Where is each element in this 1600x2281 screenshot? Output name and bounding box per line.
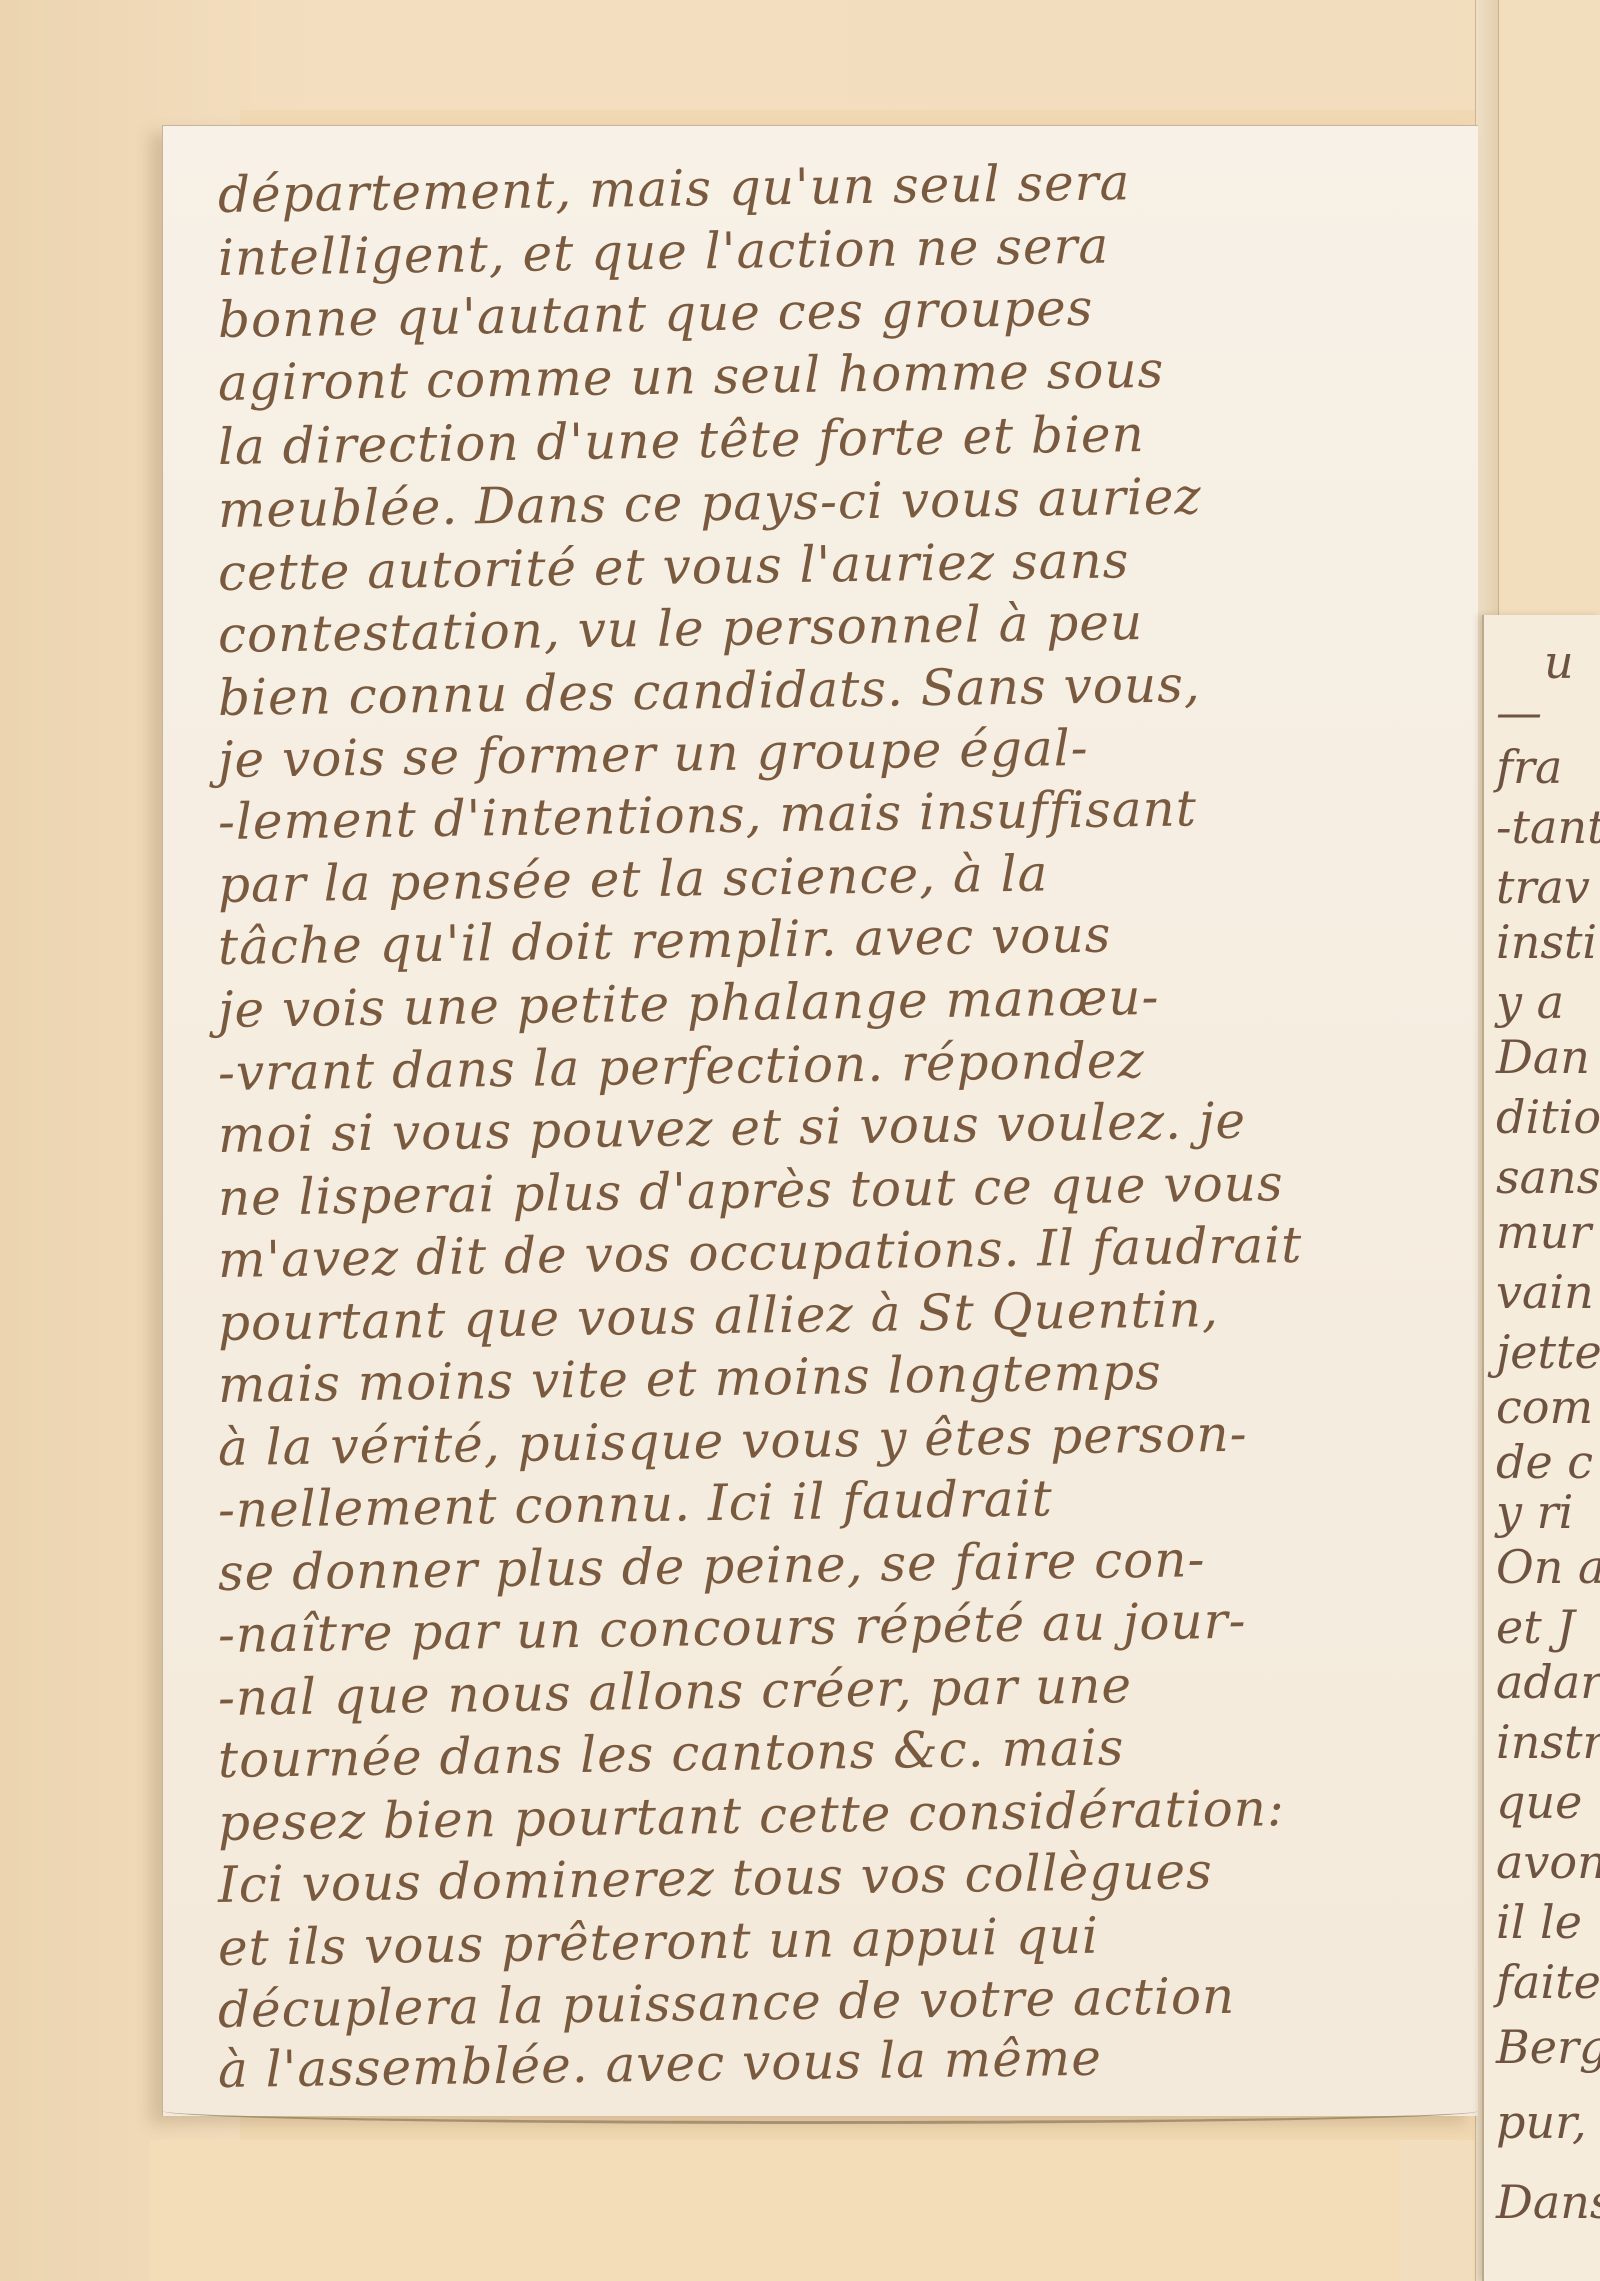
text-line: tâche qu'il doit remplir. avec vous (218, 906, 1112, 976)
text-line: pourtant que vous alliez à St Quentin, (218, 1280, 1220, 1352)
fragment-line: il le (1496, 1895, 1582, 1949)
fragment-line: Berg (1496, 2020, 1600, 2074)
adjacent-page-fragment: u — fra -tant trav insti y a Dan ditio s… (1482, 615, 1600, 2281)
fragment-line: de c (1496, 1435, 1593, 1489)
text-line: agiront comme un seul homme sous (218, 341, 1165, 412)
text-line: et ils vous prêteront un appui qui (218, 1907, 1100, 1977)
text-line: -nal que nous allons créer, par une (218, 1656, 1133, 1727)
text-line: Ici vous dominerez tous vos collègues (218, 1842, 1213, 1914)
text-line: -naître par un concours répété au jour- (218, 1592, 1247, 1664)
text-line: ne lisperai plus d'après tout ce que vou… (218, 1154, 1284, 1227)
fragment-line: Dans (1496, 2175, 1600, 2229)
manuscript-page: département, mais qu'un seul sera intell… (162, 125, 1478, 2116)
text-line: m'avez dit de vos occupations. Il faudra… (218, 1216, 1303, 1289)
text-line: pesez bien pourtant cette considération: (218, 1779, 1286, 1852)
fragment-line: et J (1496, 1600, 1575, 1654)
fragment-line: instr (1496, 1715, 1600, 1769)
text-line: par la pensée et la science, à la (218, 844, 1049, 914)
fragment-line: y ri (1496, 1485, 1573, 1539)
fragment-line: trav (1496, 860, 1590, 914)
text-line: -nellement connu. Ici il faudrait (218, 1469, 1054, 1539)
text-line: -lement d'intentions, mais insuffisant (218, 779, 1198, 851)
text-line: à la vérité, puisque vous y êtes person- (218, 1405, 1248, 1477)
fragment-line: y a (1496, 975, 1564, 1029)
fragment-line: -tant (1496, 800, 1600, 854)
fragment-line: pur, (1496, 2095, 1587, 2149)
text-line: -vrant dans la perfection. répondez (218, 1031, 1146, 1102)
text-line: je vois se former un groupe égal- (218, 719, 1089, 789)
text-line: mais moins vite et moins longtemps (218, 1343, 1162, 1414)
album-mount (150, 2140, 1400, 2281)
fragment-line: faite (1496, 1955, 1600, 2009)
fragment-line: u (1544, 635, 1574, 689)
fragment-line: jette (1496, 1325, 1600, 1379)
fragment-line: insti (1496, 915, 1597, 969)
text-line: contestation, vu le personnel à peu (218, 593, 1144, 664)
text-line: cette autorité et vous l'auriez sans (218, 531, 1130, 602)
fragment-line: sans (1496, 1150, 1600, 1204)
fragment-line: adar (1496, 1655, 1600, 1709)
text-line: bonne qu'autant que ces groupes (218, 279, 1094, 349)
fragment-line: vain (1496, 1265, 1594, 1319)
text-line: département, mais qu'un seul sera (218, 153, 1131, 224)
fragment-line: que (1496, 1775, 1582, 1829)
fragment-line: com (1496, 1380, 1593, 1434)
text-line: la direction d'une tête forte et bien (218, 405, 1146, 476)
fragment-line: mur (1496, 1205, 1591, 1259)
text-line: meublée. Dans ce pays-ci vous auriez (218, 467, 1202, 539)
fragment-line: avons (1496, 1835, 1600, 1889)
fragment-line: On a (1496, 1540, 1600, 1594)
text-line: je vois une petite phalange manœu- (218, 968, 1160, 1039)
fragment-line: Dan (1496, 1030, 1590, 1084)
text-line: tournée dans les cantons &c. mais (218, 1718, 1125, 1789)
fragment-line: — (1496, 685, 1542, 739)
text-line: se donner plus de peine, se faire con- (218, 1530, 1206, 1602)
text-line: bien connu des candidats. Sans vous, (218, 655, 1201, 727)
fragment-line: ditio (1496, 1090, 1600, 1144)
text-line: moi si vous pouvez et si vous voulez. je (218, 1092, 1247, 1164)
text-line: à l'assemblée. avec vous la même (218, 2029, 1103, 2099)
text-line: intelligent, et que l'action ne sera (218, 217, 1110, 287)
fragment-line: fra (1496, 740, 1562, 794)
